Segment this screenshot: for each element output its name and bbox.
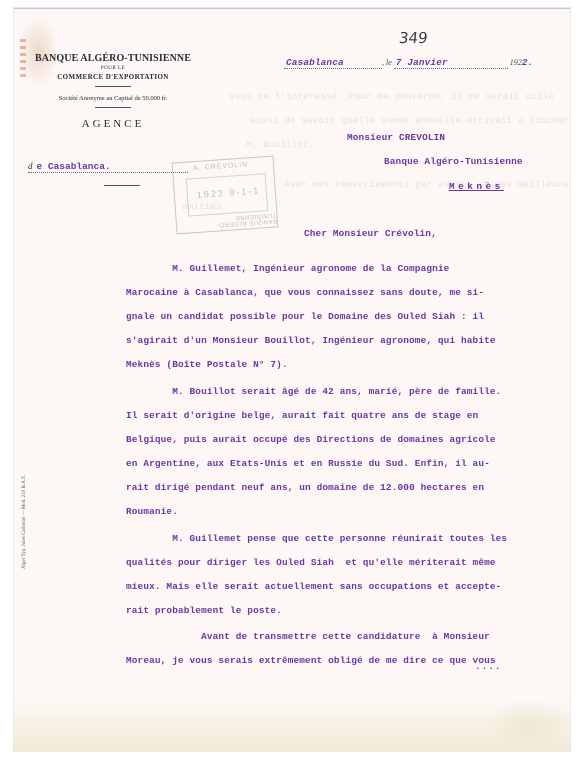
paper-binding-marks	[20, 39, 26, 79]
paper-stain-corner	[484, 699, 570, 749]
body-line: rait dirigé pendant neuf ans, un domaine…	[126, 482, 484, 493]
bleed-through-line: M. Bouillot.	[246, 139, 314, 150]
body-line: gnale un candidat possible pour le Domai…	[126, 311, 484, 322]
body-line: s'agirait d'un Monsieur Bouillot, Ingéni…	[126, 335, 496, 346]
letterhead-commerce: COMMERCE D'EXPORTATION	[28, 73, 198, 81]
letter-page: ssus de l'intéressé. Pour ma gouverne, i…	[14, 8, 570, 751]
bank-name: BANQUE ALGÉRO-TUNISIENNE	[28, 53, 198, 64]
body-line: M. Bouillot serait âgé de 42 ans, marié,…	[126, 386, 501, 397]
date-line: Casablanca, le 7 Janvier 1922.	[284, 57, 533, 69]
date-le-label: , le	[382, 58, 392, 67]
date-day-month: 7 Janvier	[394, 57, 508, 69]
letterhead: BANQUE ALGÉRO-TUNISIENNE POUR LE COMMERC…	[28, 53, 198, 130]
date-city: Casablanca	[284, 57, 382, 69]
letterhead-divider	[95, 86, 131, 87]
stamp-top-text: A. CREVOLIN	[193, 161, 249, 172]
letterhead-agence: AGENCE	[28, 118, 198, 130]
agence-city: e Casablanca.	[37, 161, 111, 172]
recipient-city: Meknès	[449, 181, 504, 192]
agence-city-line: de Casablanca.	[28, 161, 188, 173]
salutation: Cher Monsieur Crévolin,	[304, 228, 437, 239]
letterhead-capital: Société Anonyme au Capital de 50.000 fr.	[28, 95, 198, 102]
body-line: Roumanie.	[126, 506, 178, 517]
body-line: M. Guillemet pense que cette personne ré…	[126, 533, 507, 544]
body-line: Marocaine à Casablanca, que vous connais…	[126, 287, 484, 298]
body-line: rait probablement le poste.	[126, 605, 282, 616]
recipient-name: Monsieur CREVOLIN	[347, 132, 445, 143]
date-year-suffix: 2.	[522, 57, 534, 68]
body-line: Belgique, puis aurait occupé des Directi…	[126, 434, 496, 445]
body-line: en Argentine, aux Etats-Unis et en Russi…	[126, 458, 490, 469]
body-line: Avant de transmettre cette candidature à…	[126, 631, 490, 642]
body-line: mieux. Mais elle serait actuellement san…	[126, 581, 501, 592]
printer-mark: Alger Typ. Jules Carbonel — Mod. 210 B.A…	[22, 475, 27, 569]
paper-stain-bottom	[14, 699, 570, 751]
body-line: M. Guillemet, Ingénieur agronome de la C…	[126, 263, 449, 274]
body-line: Il serait d'origine belge, aurait fait q…	[126, 410, 478, 421]
letterhead-divider	[95, 107, 131, 108]
agence-de-label: d	[28, 161, 33, 171]
bleed-through-line: aussi de savoir quelle somme annuelle ar…	[250, 115, 569, 126]
received-stamp: A. CREVOLIN 1922 9-1-1 BANQUE ALGERO-TUN…	[172, 156, 279, 235]
continuation-mark: ....	[475, 661, 502, 672]
bleed-through-line: Avec mes remerciements par avance et mes…	[284, 179, 570, 190]
handwritten-reference: 349	[398, 29, 429, 47]
letterhead-divider	[104, 185, 140, 186]
body-line: qualités pour diriger les Ouled Siah et …	[126, 557, 496, 568]
date-year-prefix: 192	[510, 58, 522, 67]
body-line: Meknès (Boîte Postale N° 7).	[126, 359, 288, 370]
letterhead-pour-le: POUR LE	[28, 66, 198, 71]
recipient-bank: Banque Algéro-Tunisienne	[384, 156, 523, 167]
body-line: Moreau, je vous serais extrêmement oblig…	[126, 655, 496, 666]
bleed-through-line: ssus de l'intéressé. Pour ma gouverne, i…	[229, 91, 554, 102]
